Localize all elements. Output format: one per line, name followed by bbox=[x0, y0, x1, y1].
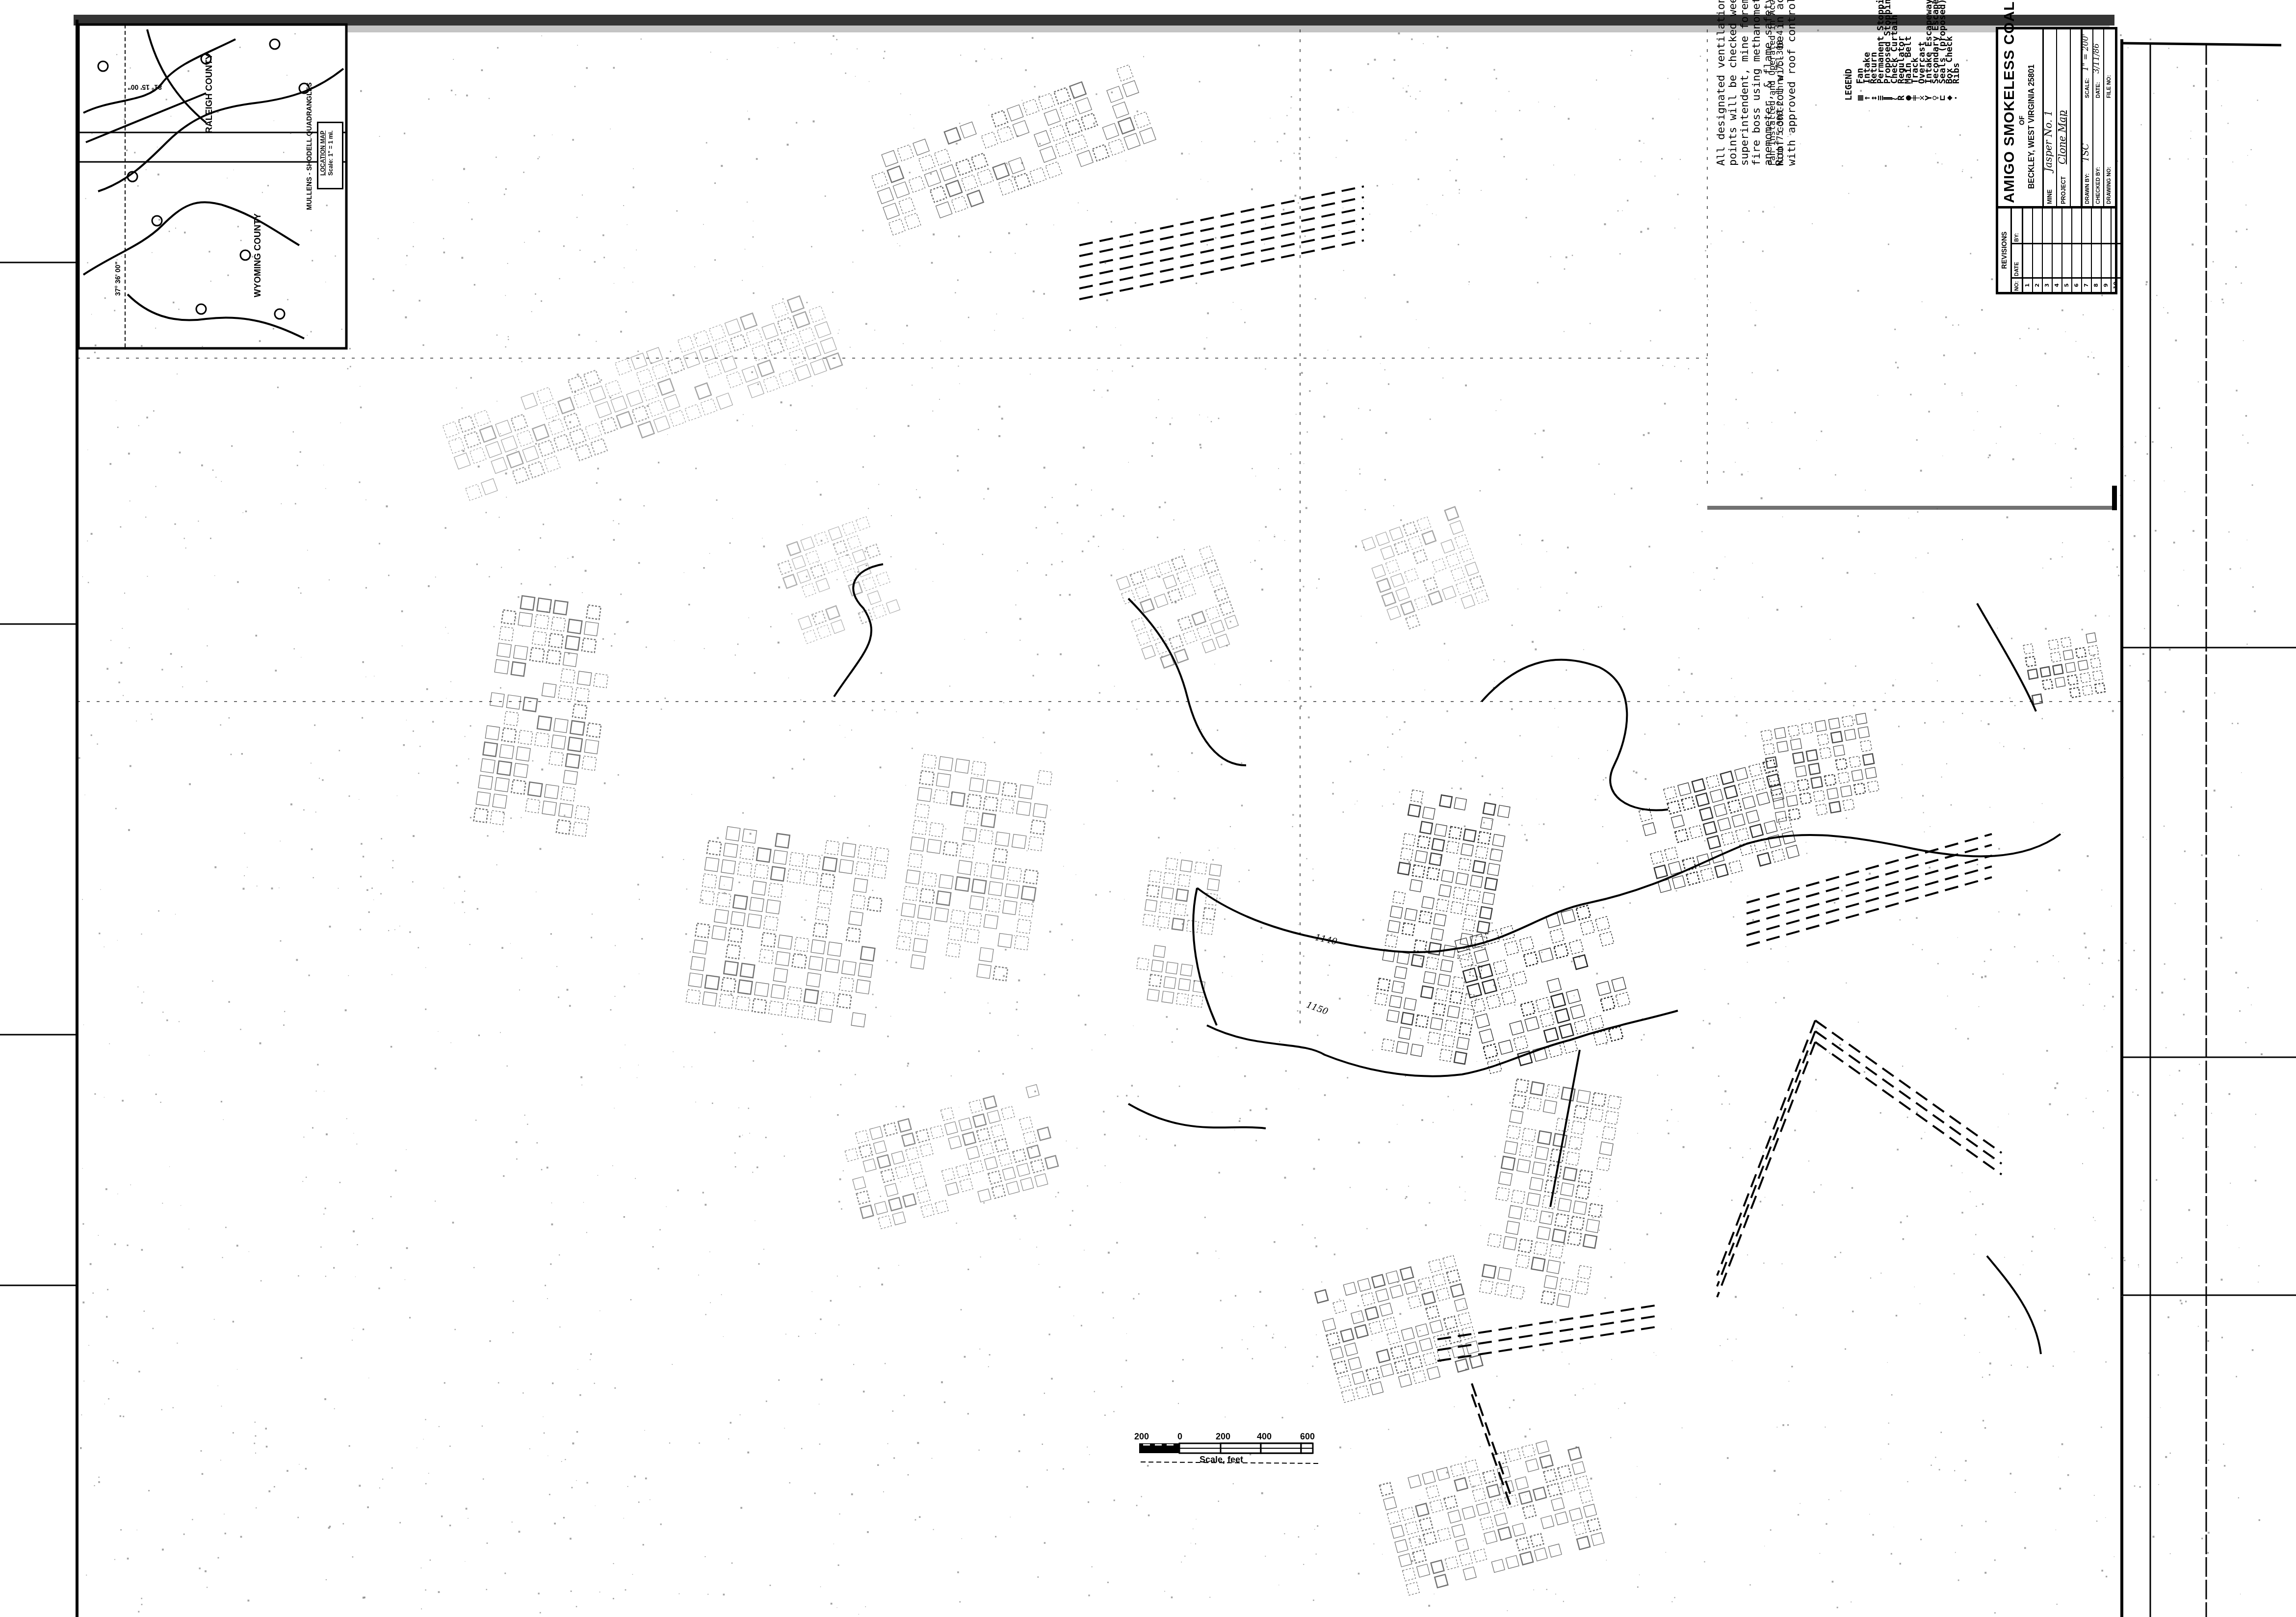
revisions-cell: 10 bbox=[2112, 277, 2120, 292]
revisions-row: 9 bbox=[2102, 209, 2112, 292]
revisions-cell bbox=[2033, 209, 2042, 243]
revisions-row: 7 bbox=[2082, 209, 2092, 292]
fan-note: Fan Installed and Operated in Accordance… bbox=[1769, 0, 1784, 166]
date-value: 3/11/86 bbox=[2091, 43, 2101, 74]
file-no-label: FILE NO: bbox=[2106, 75, 2112, 98]
inset-county-wyoming: WYOMING COUNTY bbox=[253, 213, 263, 297]
date-label: DATE: bbox=[2095, 82, 2101, 98]
project-value: Clone Map bbox=[2056, 110, 2068, 164]
legend: LEGEND ▦Fan↑Intake↕Return≡Permanent Stop… bbox=[1846, 0, 1960, 101]
inset-title: LOCATION MAP bbox=[319, 130, 326, 176]
revisions-cell bbox=[2072, 209, 2081, 243]
revisions-row: 8 bbox=[2092, 209, 2102, 292]
revisions-cell bbox=[2053, 243, 2061, 277]
scale-label: SCALE: bbox=[2085, 78, 2090, 98]
revisions-cell bbox=[2102, 209, 2111, 243]
revisions-cell bbox=[2023, 243, 2032, 277]
drawing-row: DRAWING NO: FILE NO: bbox=[2104, 29, 2114, 206]
revisions-cell bbox=[2062, 243, 2071, 277]
revisions-cell bbox=[2043, 243, 2052, 277]
project-row: PROJECT Clone Map bbox=[2057, 29, 2071, 206]
mine-label: MINE bbox=[2046, 189, 2053, 204]
revisions-row: 6 bbox=[2072, 209, 2082, 292]
revisions-cell bbox=[2102, 243, 2111, 277]
company-address: BECKLEY, WEST VIRGINIA 25801 bbox=[2028, 64, 2036, 189]
revisions-cell bbox=[2033, 243, 2042, 277]
scale-value: 1" = 200' bbox=[2081, 34, 2090, 71]
scale-bar-tick: 400 bbox=[1257, 1432, 1272, 1442]
revisions-cell bbox=[2092, 209, 2101, 243]
company-name: AMIGO SMOKELESS COAL CO. bbox=[2001, 0, 2018, 203]
inset-quadrangles: MULLENS - SHODELL QUADRANGLES bbox=[305, 82, 313, 210]
title-block-frame: REVISIONS NO:DATEBY: 12345678910 AMIGO S… bbox=[1996, 27, 2117, 294]
revisions-cell bbox=[2092, 243, 2101, 277]
revisions-column-header: BY: bbox=[2012, 209, 2022, 243]
legend-label: Ribs bbox=[1951, 63, 1961, 84]
revisions-cell: 9 bbox=[2102, 277, 2111, 292]
revisions-cell bbox=[2082, 209, 2091, 243]
revisions-cell: 4 bbox=[2053, 277, 2061, 292]
revisions-cell: 1 bbox=[2023, 277, 2032, 292]
revisions-cell: 2 bbox=[2033, 277, 2042, 292]
revisions-rows: 12345678910 bbox=[2023, 209, 2121, 292]
inset-county-raleigh: RALEIGH COUNTY bbox=[204, 54, 214, 133]
legend-item: ●Main Belt bbox=[1905, 0, 1911, 101]
scale-bar-tick: 200 bbox=[1216, 1432, 1230, 1442]
company-area: AMIGO SMOKELESS COAL CO. OF BECKLEY, WES… bbox=[1998, 29, 2044, 206]
revisions-column-header: DATE bbox=[2012, 243, 2022, 277]
revisions-row: 1 bbox=[2023, 209, 2033, 292]
checked-by-label: CHECKED BY: bbox=[2095, 167, 2101, 204]
drawing-no-label: DRAWING NO: bbox=[2106, 167, 2112, 204]
inset-latitude: 37° 36' 00" bbox=[114, 261, 122, 296]
revisions-cell bbox=[2053, 209, 2061, 243]
revisions-cell bbox=[2062, 209, 2071, 243]
drawn-by-value: TSC bbox=[2081, 143, 2091, 162]
revisions-cell: 6 bbox=[2072, 277, 2081, 292]
revisions-row: 3 bbox=[2043, 209, 2053, 292]
revisions-cell: 7 bbox=[2082, 277, 2091, 292]
company-of: OF bbox=[2018, 116, 2026, 125]
revisions-cell: 8 bbox=[2092, 277, 2101, 292]
inset-longitude: 81° 15' 00" bbox=[128, 83, 162, 91]
revisions-cell bbox=[2072, 243, 2081, 277]
inset-scale: Scale: 1" = 1 mi. bbox=[327, 130, 334, 176]
revisions-row: 4 bbox=[2053, 209, 2062, 292]
revisions-column-header: NO: bbox=[2012, 277, 2022, 292]
mine-row: MINE Jasper No. 1 bbox=[2043, 29, 2057, 206]
checked-row: CHECKED BY: DATE: 3/11/86 bbox=[2093, 29, 2104, 206]
mine-value: Jasper No. 1 bbox=[2042, 110, 2054, 172]
revisions-columns: NO:DATEBY: bbox=[2012, 209, 2023, 292]
legend-title: LEGEND bbox=[1846, 0, 1852, 101]
scale-bar-tick: 0 bbox=[1177, 1432, 1182, 1442]
scale-bar-tick: 200 bbox=[1134, 1432, 1149, 1442]
revisions-cell bbox=[2112, 209, 2120, 243]
revisions-cell bbox=[2112, 243, 2120, 277]
revisions-row: 10 bbox=[2112, 209, 2121, 292]
project-label: PROJECT bbox=[2060, 176, 2067, 204]
scale-bar-tick: 600 bbox=[1300, 1432, 1315, 1442]
map-drawing bbox=[0, 0, 2296, 1617]
legend-item: ↑Intake bbox=[1864, 0, 1870, 101]
revisions-cell bbox=[2082, 243, 2091, 277]
legend-list: ▦Fan↑Intake↕Return≡Permanent Stopping∥Pr… bbox=[1857, 0, 1959, 101]
revisions-row: 5 bbox=[2062, 209, 2072, 292]
title-block: REVISIONS NO:DATEBY: 12345678910 AMIGO S… bbox=[1996, 27, 2117, 294]
revisions-row: 2 bbox=[2033, 209, 2043, 292]
scale-bar-caption: Scale, feet bbox=[1200, 1455, 1243, 1465]
revisions-cell: 5 bbox=[2062, 277, 2071, 292]
revisions-cell bbox=[2043, 209, 2052, 243]
legend-item: ▦Fan bbox=[1857, 0, 1863, 101]
mine-map-sheet: RALEIGH COUNTY WYOMING COUNTY MULLENS - … bbox=[0, 0, 2296, 1617]
revisions-header: REVISIONS bbox=[1998, 209, 2012, 292]
drawn-by-label: DRAWN BY: bbox=[2085, 173, 2090, 204]
revisions-cell: 3 bbox=[2043, 277, 2052, 292]
ventilation-notes: All designated ventilation check points … bbox=[1716, 0, 1798, 166]
revisions-table: REVISIONS NO:DATEBY: 12345678910 bbox=[1998, 206, 2115, 292]
legend-symbol-icon: · bbox=[1953, 84, 1959, 101]
revisions-cell bbox=[2023, 209, 2032, 243]
